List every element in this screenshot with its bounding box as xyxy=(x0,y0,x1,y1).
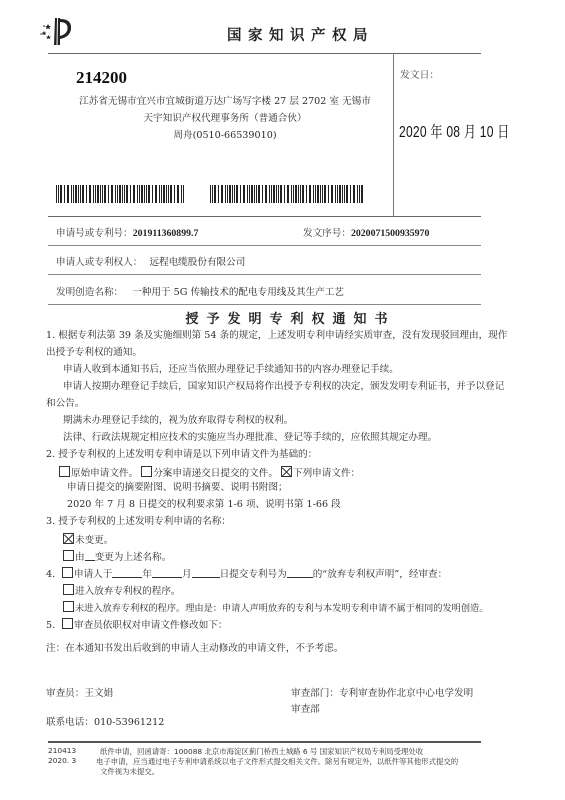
checkbox-enter-waiver[interactable] xyxy=(63,584,74,595)
section-1-para-3-line-1: 申请人按期办理登记手续后，国家知识产权局将作出授予专利权的决定，颁发发明专利证书… xyxy=(63,382,504,392)
info-divider-3 xyxy=(48,304,481,305)
section-2-detail-1: 申请日提交的摘要附图、说明书摘要、说明书附图； xyxy=(67,483,288,493)
phone-number: 010-53961212 xyxy=(94,717,164,728)
examiner-label: 审查员： xyxy=(46,688,84,699)
section-5: 5.审查员依职权对申请文件修改如下： xyxy=(46,618,228,631)
checkbox-name-unchanged[interactable] xyxy=(63,533,74,544)
serial-number-row: 发文序号：2020071500935970 xyxy=(303,225,429,239)
barcode-right xyxy=(210,185,364,203)
form-version: 2020. 3 xyxy=(48,756,76,765)
application-number-label: 申请号或专利号： xyxy=(56,228,133,239)
examiner-row: 审查员：王文娟 xyxy=(46,689,113,699)
header-divider xyxy=(48,53,481,54)
blank-patent-no xyxy=(287,569,313,578)
issue-date: 2020 年 08 月 10 日 xyxy=(399,120,510,142)
section-5-text: 审查员依职权对申请文件修改如下： xyxy=(74,620,228,631)
waiver-month-label: 月 xyxy=(182,569,192,580)
footer-divider xyxy=(48,741,481,743)
section-3-option-2: 由变更为上述名称。 xyxy=(63,550,171,563)
address-line-2: 天宇知识产权代理事务所（普通合伙） xyxy=(60,114,390,124)
info-divider-1 xyxy=(48,245,481,246)
checkbox-listed-docs[interactable] xyxy=(281,466,292,477)
address-line-3: 周舟(0510-66539010) xyxy=(60,131,390,141)
section-4-heading: 4.申请人于年月日提交专利号为的“放弃专利权声明”，经审查： xyxy=(46,567,447,580)
option-listed-docs: 下列申请文件： xyxy=(293,468,360,479)
blank-day xyxy=(192,569,220,578)
invention-label: 发明创造名称： xyxy=(56,287,123,298)
option-original-docs: 原始申请文件。 xyxy=(71,468,138,479)
info-divider-2 xyxy=(48,274,481,275)
info-divider-top xyxy=(48,216,481,217)
waiver-year-label: 年 xyxy=(142,569,152,580)
option-name-unchanged: 未变更。 xyxy=(75,535,113,546)
option-name-changed-prefix: 由 xyxy=(75,552,85,563)
barcode-left xyxy=(56,185,185,203)
applicant-label: 申请人或专利权人： xyxy=(56,257,142,268)
application-number-row: 申请号或专利号：201911360899.7 xyxy=(56,225,198,239)
issue-date-label: 发文日： xyxy=(400,67,439,81)
option-enter-waiver: 进入放弃专利权的程序。 xyxy=(75,586,181,597)
section-3-option-1: 未变更。 xyxy=(63,533,113,546)
applicant-value: 远程电缆股份有限公司 xyxy=(149,257,245,268)
footer-line-3: 文件视为未提交。 xyxy=(100,766,159,777)
phone-row: 联系电话：010-53961212 xyxy=(46,718,164,728)
department-line-1: 专利审查协作北京中心电学发明 xyxy=(339,688,473,699)
postcode: 214200 xyxy=(76,68,127,88)
checkbox-original-docs[interactable] xyxy=(59,466,70,477)
waiver-text-a: 申请人于 xyxy=(74,569,112,580)
invention-row: 发明创造名称： 一种用于 5G 传输技术的配电专用线及其生产工艺 xyxy=(56,284,344,298)
checkbox-not-enter-waiver[interactable] xyxy=(63,601,74,612)
phone-label: 联系电话： xyxy=(46,717,94,728)
department-row: 审查部门：专利审查协作北京中心电学发明 xyxy=(291,689,473,699)
address-line-1: 江苏省无锡市宜兴市宜城街道万达广场写字楼 27 层 2702 室 无锡市 xyxy=(60,97,390,107)
section-4-number: 4. xyxy=(46,570,62,580)
blank-year xyxy=(112,569,142,578)
section-1-line-1: 1. 根据专利法第 39 条及实施细则第 54 条的规定，上述发明专利申请经实质… xyxy=(46,331,507,341)
section-2-detail-2: 2020 年 7 月 8 日提交的权利要求第 1-6 项、说明书第 1-66 段 xyxy=(67,500,341,510)
notice-title: 授予发明专利权通知书 xyxy=(0,308,565,327)
checkbox-examiner-amend[interactable] xyxy=(62,618,73,629)
option-divisional-docs: 分案申请递交日提交的文件。 xyxy=(153,468,278,479)
section-1-para-4: 期满未办理登记手续的，视为放弃取得专利权的权利。 xyxy=(63,416,293,426)
applicant-row: 申请人或专利权人： 远程电缆股份有限公司 xyxy=(56,254,245,268)
section-1-para-3-line-2: 和公告。 xyxy=(46,399,84,409)
section-4-option-1: 进入放弃专利权的程序。 xyxy=(63,584,181,597)
department-label: 审查部门： xyxy=(291,688,339,699)
blank-old-name xyxy=(85,552,95,561)
blank-month xyxy=(152,569,182,578)
waiver-text-b: 日提交专利号为 xyxy=(220,569,287,580)
section-1-para-2: 申请人收到本通知书后，还应当依照办理登记手续通知书的内容办理登记手续。 xyxy=(63,365,399,375)
option-not-enter-waiver: 未进入放弃专利权的程序。理由是：申请人声明放弃的专利与本发明专利申请不属于相同的… xyxy=(75,603,488,614)
office-title: 国家知识产权局 xyxy=(0,24,565,45)
checkbox-divisional-docs[interactable] xyxy=(141,466,152,477)
option-name-changed-suffix: 变更为上述名称。 xyxy=(95,552,172,563)
section-5-number: 5. xyxy=(46,621,62,631)
section-3-heading: 3. 授予专利权的上述发明专利申请的名称： xyxy=(46,517,231,527)
checkbox-waiver-declaration[interactable] xyxy=(62,567,73,578)
section-1-para-5: 法律、行政法规规定相应技术的实施应当办理批准、登记等手续的，应依照其规定办理。 xyxy=(63,433,437,443)
section-1-line-2: 出授予专利权的通知。 xyxy=(46,348,142,358)
serial-number-value: 2020071500935970 xyxy=(351,228,429,239)
serial-number-label: 发文序号： xyxy=(303,228,351,239)
department-line-2: 审查部 xyxy=(291,705,320,715)
section-2-options: 原始申请文件。 分案申请递交日提交的文件。 下列申请文件： xyxy=(59,466,360,479)
checkbox-name-changed[interactable] xyxy=(63,550,74,561)
note: 注：在本通知书发出后收到的申请人主动修改的申请文件，不予考虑。 xyxy=(46,644,343,654)
application-number-value: 201911360899.7 xyxy=(133,228,199,239)
waiver-text-c: 的“放弃专利权声明”，经审查： xyxy=(313,569,448,580)
section-4-option-2: 未进入放弃专利权的程序。理由是：申请人声明放弃的专利与本发明专利申请不属于相同的… xyxy=(63,601,488,614)
form-code: 210413 xyxy=(48,746,76,755)
invention-value: 一种用于 5G 传输技术的配电专用线及其生产工艺 xyxy=(132,287,344,298)
examiner-name: 王文娟 xyxy=(84,688,113,699)
section-2-heading: 2. 授予专利权的上述发明专利申请是以下列申请文件为基础的： xyxy=(46,450,317,460)
vertical-divider xyxy=(393,53,394,216)
